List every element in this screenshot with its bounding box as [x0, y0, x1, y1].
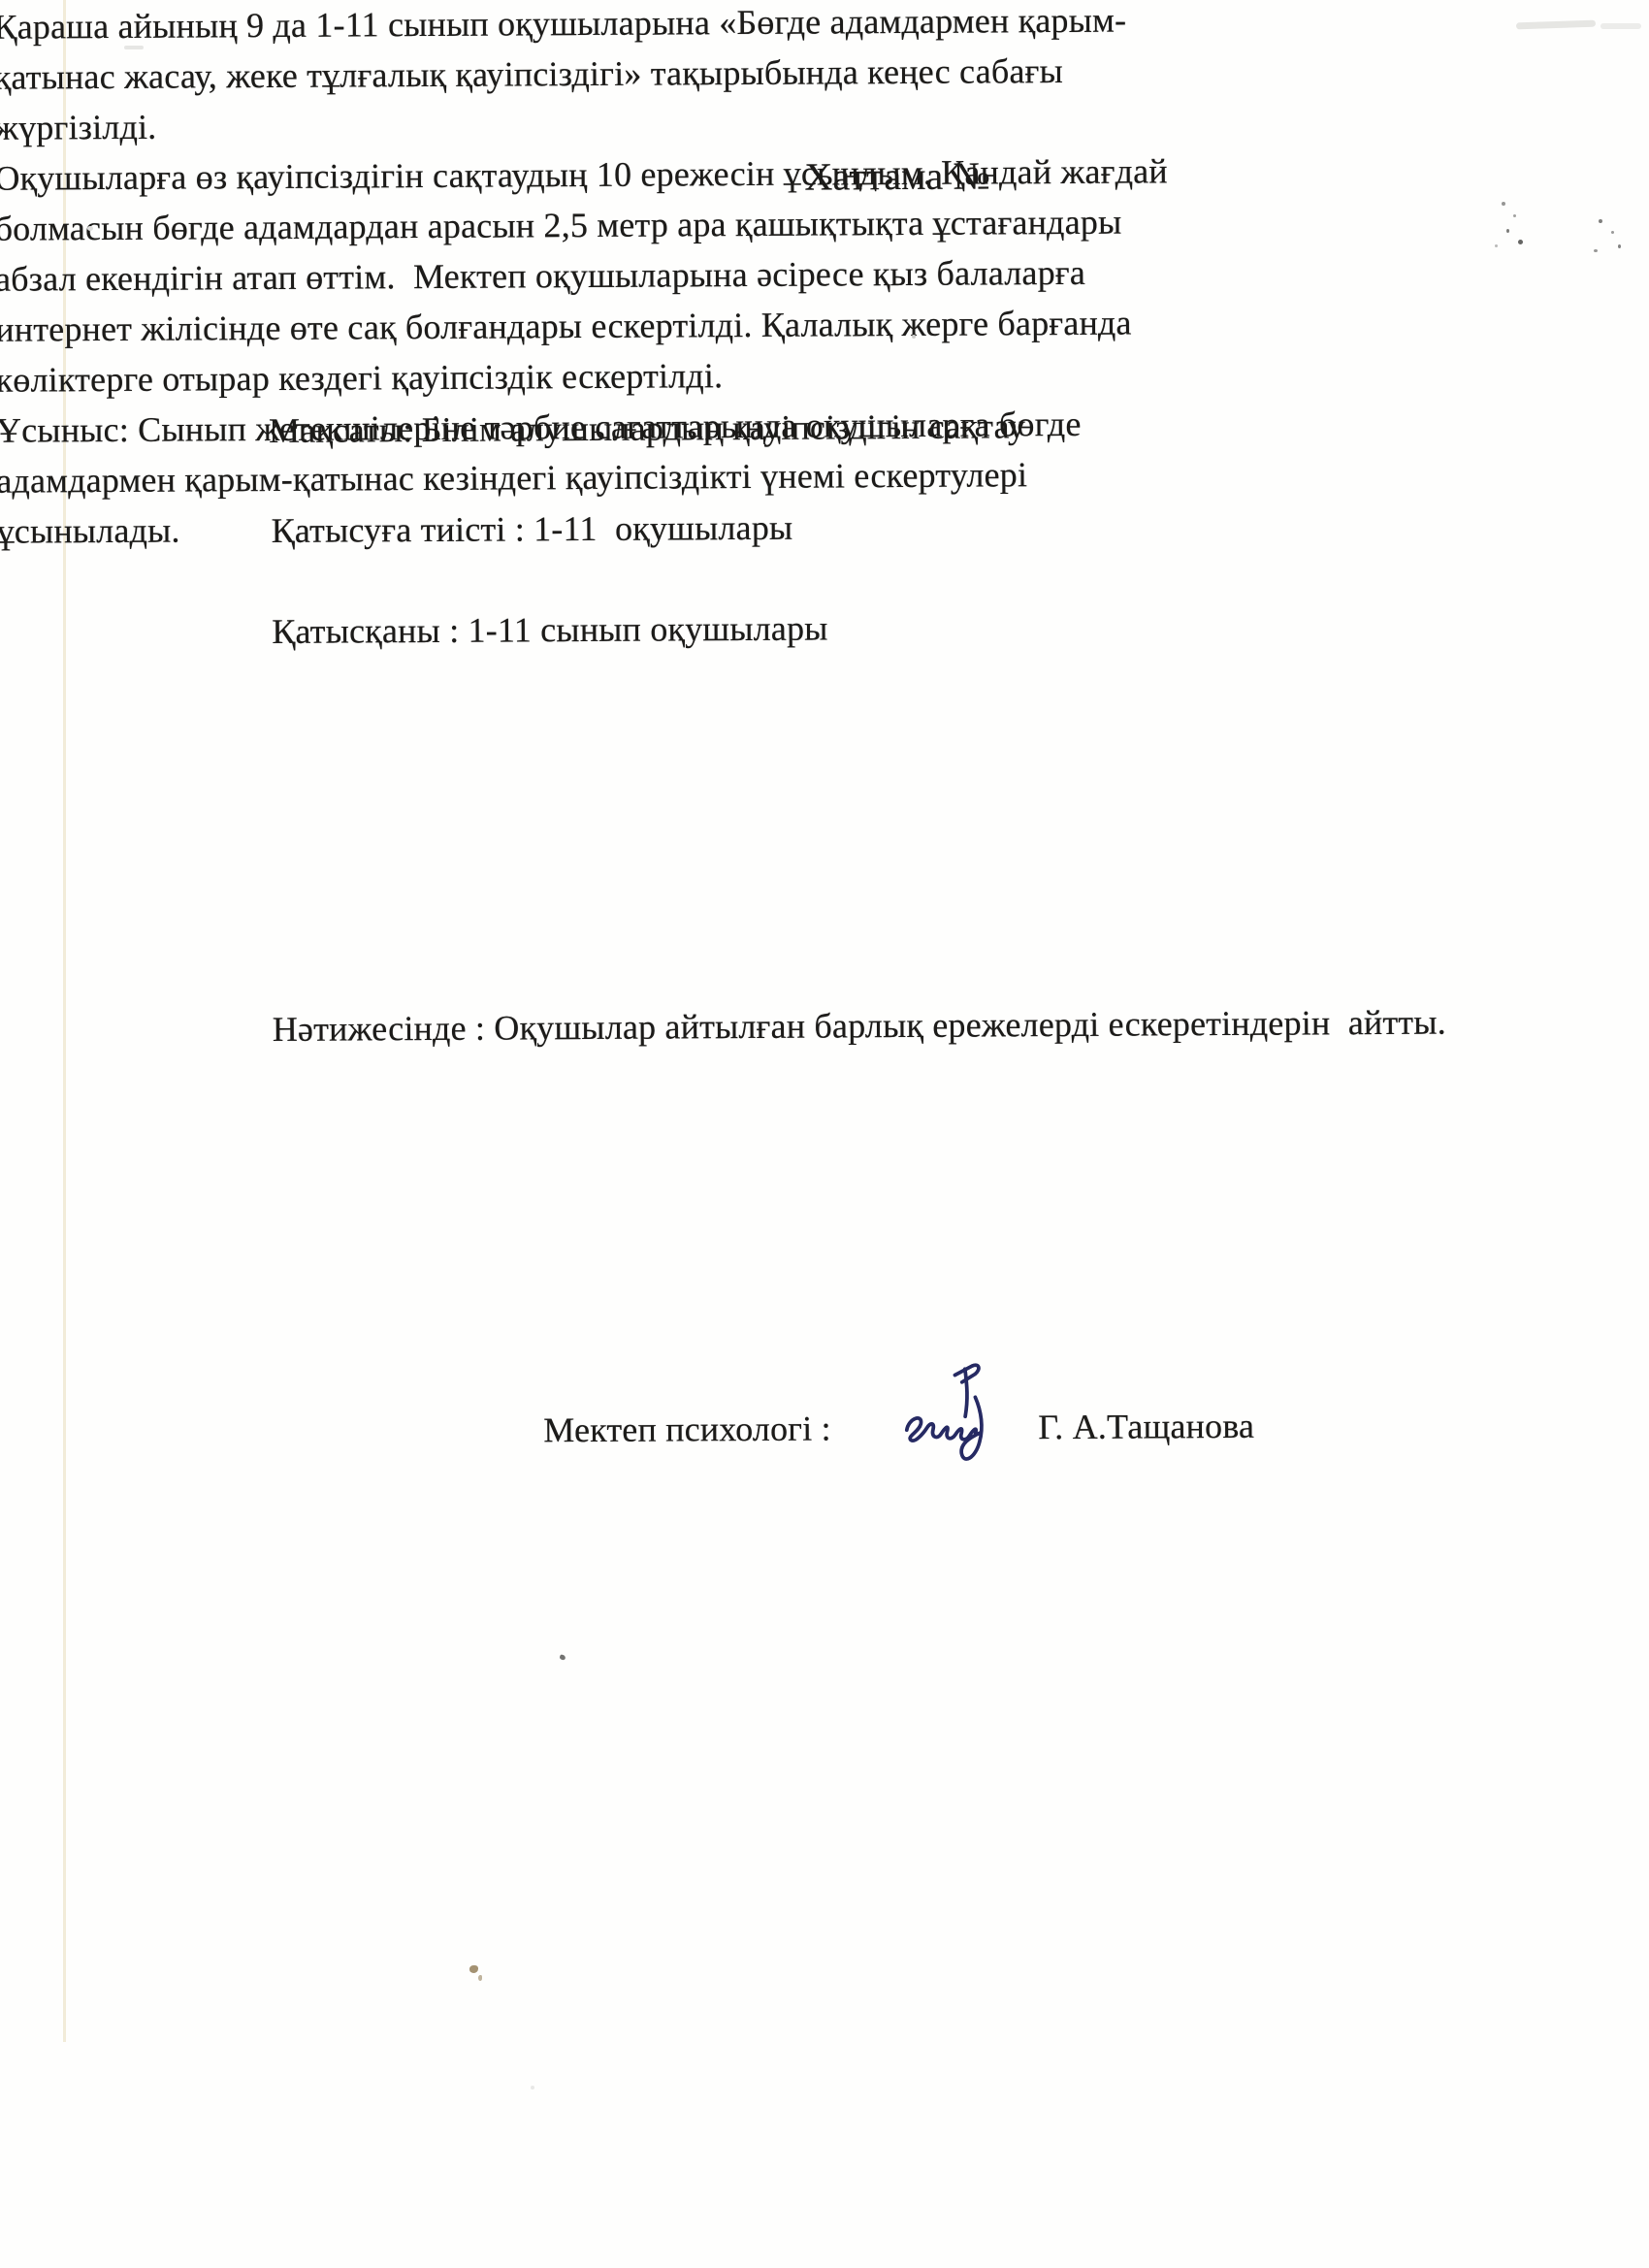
- document-content: Хаттама № Қараша айының 9 да 1-11 сынып …: [0, 0, 1649, 2268]
- recommendation-line: ұсынылады.: [0, 496, 1646, 556]
- result-line: Нәтижесінде : Оқушылар айтылған барлық е…: [273, 997, 1446, 1054]
- scan-noise-speck: [531, 2086, 534, 2090]
- scan-noise-speck: [1611, 231, 1614, 234]
- signature-name: Г. А.Тащанова: [1038, 1401, 1254, 1452]
- scan-noise-speck: [1502, 202, 1505, 206]
- scan-noise-speck: [912, 335, 916, 339]
- expected-participants-line: Қатысуға тиісті : 1-11 оқушылары: [271, 502, 792, 556]
- scanned-document-page: Хаттама № Қараша айының 9 да 1-11 сынып …: [0, 0, 1649, 2268]
- scan-noise-speck: [87, 226, 93, 231]
- scan-noise-speck: [1506, 229, 1509, 233]
- scan-noise-smudge: [1600, 23, 1641, 29]
- attended-participants-line: Қатысқаны : 1-11 сынып оқушылары: [272, 602, 828, 657]
- handwritten-signature-ink: [894, 1358, 1017, 1471]
- scan-noise-speck: [1618, 244, 1621, 248]
- scan-noise-speck: [1513, 214, 1516, 217]
- purpose-line: Мақсаты: Білім алушылардың қауіпсіздігін…: [269, 401, 1025, 456]
- scan-noise-speck: [1518, 240, 1523, 244]
- document-title: Хаттама №: [804, 153, 990, 199]
- intro-paragraph: Қараша айының 9 да 1-11 сынып оқушыларын…: [0, 0, 1643, 153]
- scan-noise-smudge: [124, 46, 144, 49]
- scan-noise-speck: [1495, 244, 1498, 247]
- scan-noise-speck: [478, 1975, 482, 1981]
- scan-noise-speck: [1594, 249, 1598, 252]
- signature-label: Мектеп психологі :: [543, 1403, 831, 1455]
- scan-noise-speck: [1599, 219, 1602, 223]
